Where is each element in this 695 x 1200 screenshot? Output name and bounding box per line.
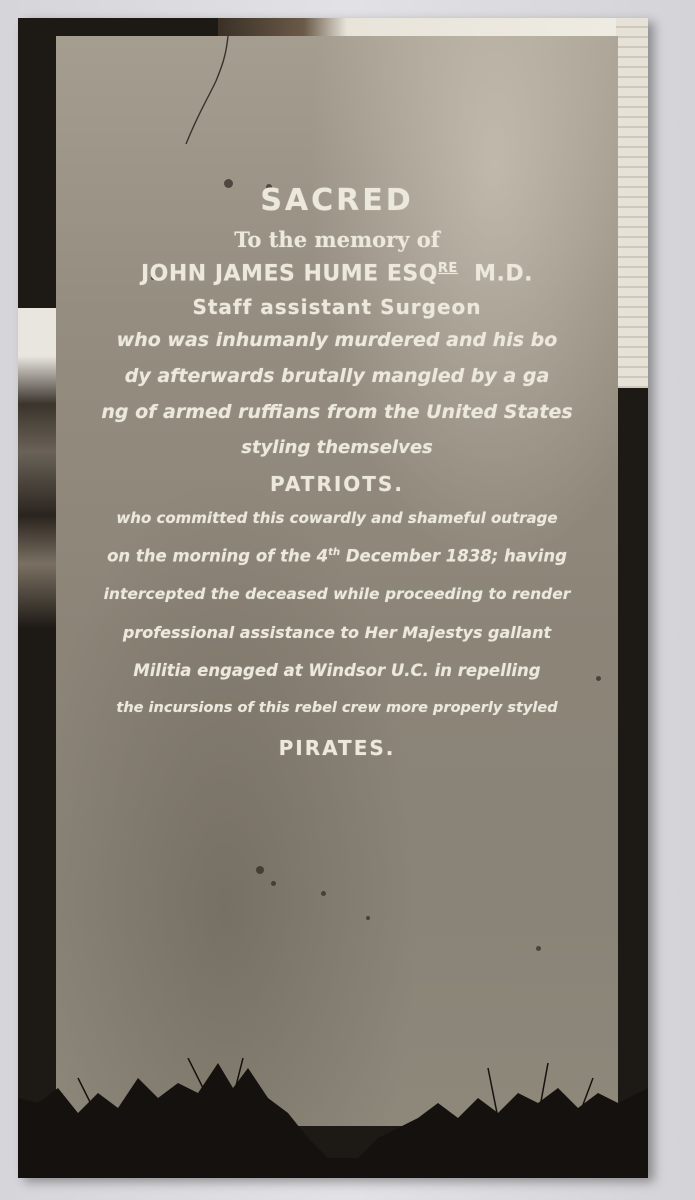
inscription-line: the incursions of this rebel crew more p… <box>56 701 618 716</box>
brick-wall-right <box>616 18 648 388</box>
photo-print: SACRED To the memory of JOHN JAMES HUME … <box>18 18 648 1178</box>
inscription-line: who committed this cowardly and shameful… <box>56 511 618 526</box>
stain-spot <box>271 881 276 886</box>
inscription-line: Militia engaged at Windsor U.C. in repel… <box>56 663 618 680</box>
inscription-line: intercepted the deceased while proceedin… <box>56 587 618 603</box>
inscription-heading: SACRED <box>56 186 618 216</box>
stain-spot <box>256 866 264 874</box>
stain-spot <box>321 891 326 896</box>
stone-crack <box>176 36 236 146</box>
inscription-date-line: on the morning of the 4th December 1838;… <box>56 548 618 565</box>
stain-spot <box>536 946 541 951</box>
inscription-line: ng of armed ruffians from the United Sta… <box>56 403 618 422</box>
inscription: SACRED To the memory of JOHN JAMES HUME … <box>56 186 618 775</box>
inscription-pirates: PIRATES. <box>56 738 618 758</box>
inscription-line: professional assistance to Her Majestys … <box>56 625 618 641</box>
inscription-patriots: PATRIOTS. <box>56 474 618 494</box>
inscription-line: To the memory of <box>56 229 618 250</box>
inscription-line: dy afterwards brutally mangled by a ga <box>56 367 618 386</box>
inscription-name: JOHN JAMES HUME ESQRE M.D. <box>56 262 618 285</box>
stain-spot <box>366 916 370 920</box>
inscription-line: styling themselves <box>56 439 618 457</box>
gravestone: SACRED To the memory of JOHN JAMES HUME … <box>56 36 618 1126</box>
inscription-line: Staff assistant Surgeon <box>56 297 618 317</box>
cemetery-background-left <box>18 308 58 628</box>
grass-foreground <box>18 1058 648 1178</box>
inscription-line: who was inhumanly murdered and his bo <box>56 331 618 350</box>
